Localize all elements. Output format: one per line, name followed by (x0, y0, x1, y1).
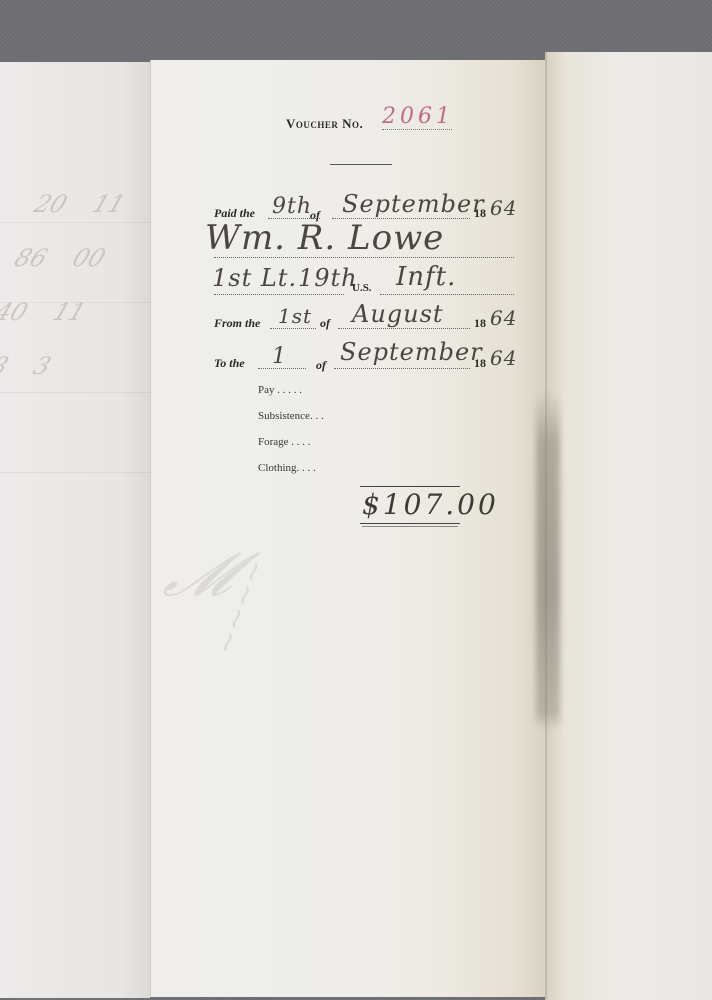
voucher-label: Voucher No. (286, 116, 363, 132)
dotted-line (338, 328, 470, 329)
of-label: of (320, 316, 330, 331)
heading-rule (330, 164, 392, 165)
year-prefix: 18 (474, 206, 486, 221)
us-label: U.S. (352, 282, 372, 294)
item-subsistence: Subsistence. . . (258, 410, 324, 422)
ledger-rule (0, 222, 150, 223)
item-clothing: Clothing. . . . (258, 462, 316, 474)
from-month: August (352, 300, 444, 328)
right-page-panel (545, 52, 712, 1000)
paid-year: 64 (490, 196, 517, 220)
ledger-rule (0, 392, 150, 393)
water-stain (536, 390, 560, 730)
item-forage: Forage . . . . (258, 436, 311, 448)
voucher-number: 2061 (382, 104, 452, 130)
dotted-line (214, 257, 514, 258)
payee-name: Wm. R. Lowe (205, 218, 444, 258)
to-year: 64 (490, 346, 517, 370)
dotted-line (380, 294, 514, 295)
payee-regiment: 19th (298, 264, 358, 292)
dotted-line (334, 368, 470, 369)
dotted-line (214, 294, 344, 295)
sum-rule-bottom-double (362, 526, 458, 527)
paid-day: 9th (272, 194, 312, 219)
paid-month: September (342, 190, 485, 218)
payee-branch: Inft. (396, 262, 456, 292)
sum-rule-bottom (360, 523, 460, 524)
from-day: 1st (278, 304, 312, 328)
item-pay: Pay . . . . . (258, 384, 302, 396)
from-label: From the (214, 316, 260, 331)
left-page-panel (0, 62, 150, 998)
to-label: To the (214, 356, 245, 371)
from-year: 64 (490, 306, 517, 330)
to-day: 1 (272, 344, 287, 369)
year-prefix: 18 (474, 356, 486, 371)
to-month: September (340, 338, 483, 366)
dotted-line (270, 328, 316, 329)
ledger-rule (0, 472, 150, 473)
payee-rank: 1st Lt. (212, 264, 297, 292)
sum-rule-top (360, 486, 460, 487)
year-prefix: 18 (474, 316, 486, 331)
total-amount: $107.00 (362, 488, 499, 521)
of-label: of (316, 358, 326, 373)
